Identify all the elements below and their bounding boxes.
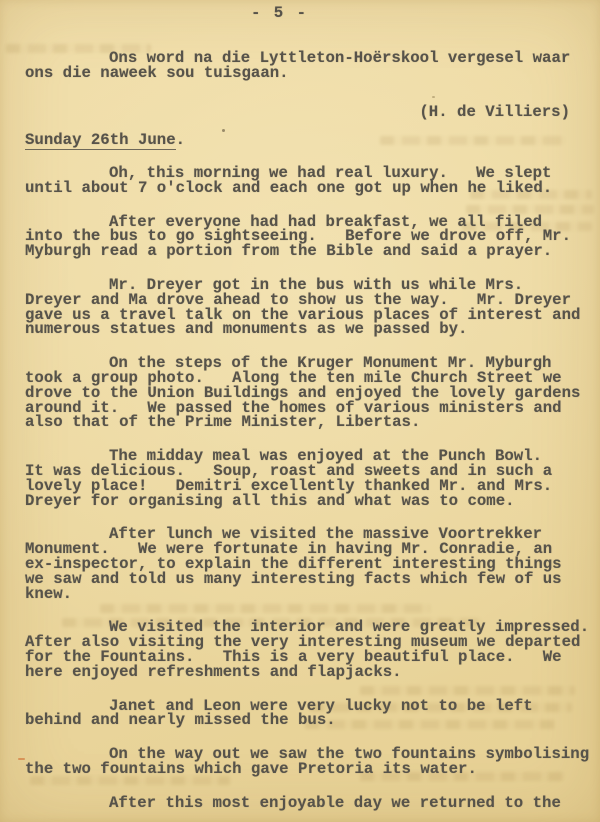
paragraph: Oh, this morning we had real luxury. We …	[25, 166, 600, 196]
text-line: Dreyer for organising all this and what …	[25, 494, 600, 509]
text-line: knew.	[25, 587, 600, 602]
text-line: we saw and told us many interesting fact…	[25, 572, 600, 587]
text-line: Myburgh read a portion from the Bible an…	[25, 244, 600, 259]
paragraph: Janet and Leon were very lucky not to be…	[25, 699, 600, 729]
typewritten-page: - 5 - Ons word na die Lyttleton-Hoërskoo…	[0, 0, 600, 822]
diary-paragraphs-container: Oh, this morning we had real luxury. We …	[25, 166, 600, 811]
text-line: also that of the Prime Minister, Liberta…	[25, 415, 600, 430]
text-line: behind and nearly missed the bus.	[25, 713, 600, 728]
text-line: After this most enjoyable day we returne…	[25, 796, 600, 811]
text-line: until about 7 o'clock and each one got u…	[25, 181, 600, 196]
date-heading-period: .	[176, 131, 185, 149]
paragraph: After this most enjoyable day we returne…	[25, 796, 600, 811]
text-line: the two fountains which gave Pretoria it…	[25, 762, 600, 777]
page-number: - 5 -	[0, 6, 567, 21]
paragraph: After everyone had had breakfast, we all…	[25, 215, 600, 259]
text-line: numerous statues and monuments as we pas…	[25, 322, 600, 337]
intro-paragraph-container: Ons word na die Lyttleton-Hoërskool verg…	[25, 51, 600, 81]
date-heading-underlined-text: Sunday 26th June	[25, 131, 176, 150]
paragraph: On the way out we saw the two fountains …	[25, 747, 600, 777]
text-line: here enjoyed refreshments and flapjacks.	[25, 665, 600, 680]
paragraph: We visited the interior and were greatly…	[25, 620, 600, 679]
paragraph: After lunch we visited the massive Voort…	[25, 527, 600, 601]
page-content: - 5 - Ons word na die Lyttleton-Hoërskoo…	[0, 0, 600, 822]
paragraph: Ons word na die Lyttleton-Hoërskool verg…	[25, 51, 600, 81]
date-heading: Sunday 26th June.	[25, 133, 600, 148]
paragraph: The midday meal was enjoyed at the Punch…	[25, 449, 600, 508]
attribution-signature: (H. de Villiers)	[25, 105, 600, 120]
text-line: ons die naweek sou tuisgaan.	[25, 66, 600, 81]
paragraph: On the steps of the Kruger Monument Mr. …	[25, 356, 600, 430]
paragraph: Mr. Dreyer got in the bus with us while …	[25, 278, 600, 337]
